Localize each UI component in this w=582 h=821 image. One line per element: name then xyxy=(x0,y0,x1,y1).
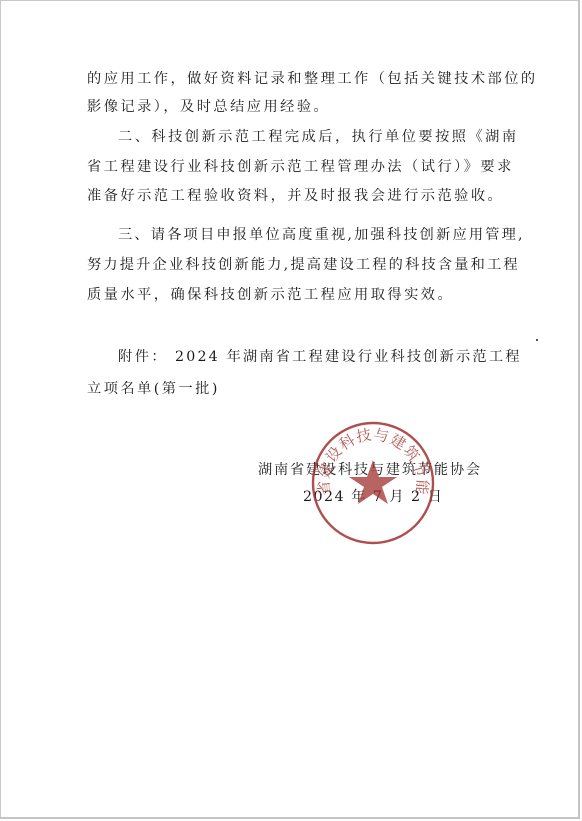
official-seal: 湖南省建设科技与建筑节能协会 xyxy=(310,420,436,546)
paragraph-1-line-1: 的应用工作，做好资料记录和整理工作（包括关键技术部位的 xyxy=(87,70,538,88)
paragraph-3-line-1: 三、请各项目申报单位高度重视,加强科技创新应用管理, xyxy=(118,226,525,244)
paragraph-2-line-1: 二、科技创新示范工程完成后，执行单位要按照《湖南 xyxy=(118,128,519,146)
star-icon xyxy=(349,460,397,504)
paragraph-3-line-3: 质量水平，确保科技创新示范工程应用取得实效。 xyxy=(87,286,454,304)
attachment-title-line-2: 立项名单(第一批) xyxy=(87,380,220,398)
speck xyxy=(536,339,538,341)
paragraph-2-line-2: 省工程建设行业科技创新示范工程管理办法（试行）》要求 xyxy=(87,158,514,176)
paragraph-3-line-2: 努力提升企业科技创新能力,提高建设工程的科技含量和工程 xyxy=(87,256,520,274)
attachment-title-line-1: 2024 年湖南省工程建设行业科技创新示范工程 xyxy=(175,348,522,366)
paragraph-2-line-3: 准备好示范工程验收资料，并及时报我会进行示范验收。 xyxy=(87,187,504,205)
page-frame xyxy=(0,0,580,819)
attachment-label: 附件： xyxy=(118,348,168,366)
paragraph-1-line-2: 影像记录），及时总结应用经验。 xyxy=(87,98,330,116)
